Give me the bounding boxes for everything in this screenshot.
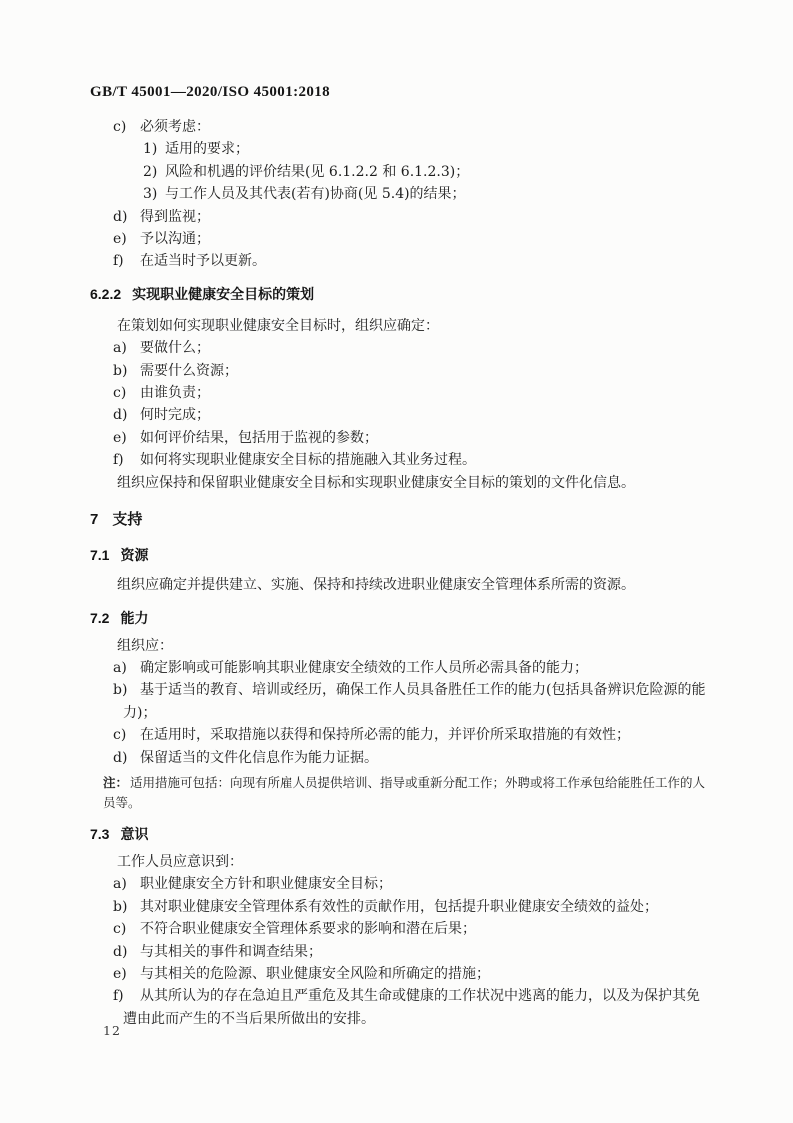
list-item: f)在适当时予以更新。 xyxy=(90,250,712,272)
list-item-label: a) xyxy=(113,873,140,895)
list-item-text: 不符合职业健康安全管理体系要求的影响和潜在后果； xyxy=(140,921,476,937)
list-item-label: b) xyxy=(113,896,140,918)
section-heading-7-2: 7.2能力 xyxy=(90,607,712,629)
paragraph-closing-622: 组织应保持和保留职业健康安全目标和实现职业健康安全目标的策划的文件化信息。 xyxy=(90,472,712,494)
list-item-text: 得到监视； xyxy=(140,209,210,225)
list-item: a)要做什么； xyxy=(90,337,712,359)
list-item-text: 确定影响或可能影响其职业健康安全绩效的工作人员所必需具备的能力； xyxy=(140,660,588,676)
document-body: c)必须考虑： 1)适用的要求； 2)风险和机遇的评价结果(见 6.1.2.2 … xyxy=(90,116,712,1030)
section-heading-7-3: 7.3意识 xyxy=(90,823,712,845)
list-item-label: f) xyxy=(113,985,140,1007)
section-number: 7.3 xyxy=(90,826,109,842)
list-item-text: 与工作人员及其代表(若有)协商(见 5.4)的结果； xyxy=(165,186,466,202)
list-item-label: c) xyxy=(113,724,140,746)
list-item-label: c) xyxy=(113,116,140,138)
list-item-label: e) xyxy=(113,963,140,985)
list-item-label: a) xyxy=(113,337,140,359)
list-item-label: b) xyxy=(113,679,140,701)
list-item-label: e) xyxy=(113,427,140,449)
list-item: d)得到监视； xyxy=(90,206,712,228)
list-subitem: 2)风险和机遇的评价结果(见 6.1.2.2 和 6.1.2.3)； xyxy=(90,161,712,183)
list-item: c)必须考虑： xyxy=(90,116,712,138)
list-item-text: 必须考虑： xyxy=(140,119,210,135)
note-text: 适用措施可包括：向现有所雇人员提供培训、指导或重新分配工作；外聘或将工作承包给能… xyxy=(103,775,705,810)
document-page: GB/T 45001—2020/ISO 45001:2018 c)必须考虑： 1… xyxy=(0,0,793,1123)
paragraph-71: 组织应确定并提供建立、实施、保持和持续改进职业健康安全管理体系所需的资源。 xyxy=(90,574,712,596)
list-item: a)职业健康安全方针和职业健康安全目标； xyxy=(90,873,712,895)
list-item-text: 如何评价结果，包括用于监视的参数； xyxy=(140,430,378,446)
list-item-text: 由谁负责； xyxy=(140,385,210,401)
list-item-text: 风险和机遇的评价结果(见 6.1.2.2 和 6.1.2.3)； xyxy=(165,164,469,180)
paragraph-intro-622: 在策划如何实现职业健康安全目标时，组织应确定： xyxy=(90,315,712,337)
list-item-label: f) xyxy=(113,449,140,471)
list-item: d)保留适当的文件化信息作为能力证据。 xyxy=(90,747,712,769)
list-item: e)与其相关的危险源、职业健康安全风险和所确定的措施； xyxy=(90,963,712,985)
list-item-label: 2) xyxy=(143,161,165,183)
list-item: c)不符合职业健康安全管理体系要求的影响和潜在后果； xyxy=(90,918,712,940)
list-item-text: 要做什么； xyxy=(140,340,210,356)
section-number: 6.2.2 xyxy=(90,286,121,302)
list-item: b)基于适当的教育、培训或经历，确保工作人员具备胜任工作的能力(包括具备辨识危险… xyxy=(90,679,712,724)
list-item: e)如何评价结果，包括用于监视的参数； xyxy=(90,427,712,449)
section-number: 7.1 xyxy=(90,547,109,563)
list-item: e)予以沟通； xyxy=(90,228,712,250)
section-heading-7-1: 7.1资源 xyxy=(90,544,712,566)
list-item-label: d) xyxy=(113,404,140,426)
list-item: d)与其相关的事件和调查结果； xyxy=(90,941,712,963)
list-item-text: 在适用时，采取措施以获得和保持所必需的能力，并评价所采取措施的有效性； xyxy=(140,727,630,743)
list-item-text: 与其相关的危险源、职业健康安全风险和所确定的措施； xyxy=(140,966,490,982)
note-label: 注： xyxy=(103,776,128,790)
paragraph-intro-72: 组织应： xyxy=(90,635,712,657)
list-subitem: 1)适用的要求； xyxy=(90,138,712,160)
list-item-label: e) xyxy=(113,228,140,250)
list-item: f)如何将实现职业健康安全目标的措施融入其业务过程。 xyxy=(90,449,712,471)
list-item: b)其对职业健康安全管理体系有效性的贡献作用，包括提升职业健康安全绩效的益处； xyxy=(90,896,712,918)
section-heading-7: 7支持 xyxy=(90,508,712,532)
list-item-text: 基于适当的教育、培训或经历，确保工作人员具备胜任工作的能力(包括具备辨识危险源的… xyxy=(123,682,705,720)
list-item-text: 从其所认为的存在急迫且严重危及其生命或健康的工作状况中逃离的能力，以及为保护其免… xyxy=(123,988,700,1026)
list-item-text: 其对职业健康安全管理体系有效性的贡献作用，包括提升职业健康安全绩效的益处； xyxy=(140,899,658,915)
list-item-text: 予以沟通； xyxy=(140,231,210,247)
list-item-label: d) xyxy=(113,206,140,228)
list-item-text: 职业健康安全方针和职业健康安全目标； xyxy=(140,876,392,892)
section-number: 7 xyxy=(90,511,98,528)
section-title: 资源 xyxy=(120,547,148,563)
list-item: c)由谁负责； xyxy=(90,382,712,404)
note-72: 注：适用措施可包括：向现有所雇人员提供培训、指导或重新分配工作；外聘或将工作承包… xyxy=(90,773,712,813)
paragraph-intro-73: 工作人员应意识到： xyxy=(90,851,712,873)
list-item-text: 适用的要求； xyxy=(165,141,249,157)
list-item: d)何时完成； xyxy=(90,404,712,426)
list-item-label: 3) xyxy=(143,183,165,205)
list-item: b)需要什么资源； xyxy=(90,360,712,382)
list-item-text: 在适当时予以更新。 xyxy=(140,253,266,269)
list-subitem: 3)与工作人员及其代表(若有)协商(见 5.4)的结果； xyxy=(90,183,712,205)
section-title: 意识 xyxy=(120,826,148,842)
list-item-label: d) xyxy=(113,747,140,769)
page-number: 12 xyxy=(103,1023,121,1038)
list-item-text: 如何将实现职业健康安全目标的措施融入其业务过程。 xyxy=(140,452,476,468)
list-item-text: 何时完成； xyxy=(140,407,210,423)
page-footer: 12 xyxy=(103,1023,121,1038)
section-title: 能力 xyxy=(120,610,148,626)
section-heading-6-2-2: 6.2.2实现职业健康安全目标的策划 xyxy=(90,283,712,305)
list-item-label: d) xyxy=(113,941,140,963)
list-item-label: f) xyxy=(113,250,140,272)
list-item-label: c) xyxy=(113,382,140,404)
section-title: 支持 xyxy=(112,511,142,528)
list-item-label: a) xyxy=(113,657,140,679)
list-item-text: 保留适当的文件化信息作为能力证据。 xyxy=(140,750,378,766)
list-item-label: 1) xyxy=(143,138,165,160)
list-item: a)确定影响或可能影响其职业健康安全绩效的工作人员所必需具备的能力； xyxy=(90,657,712,679)
list-item: f)从其所认为的存在急迫且严重危及其生命或健康的工作状况中逃离的能力，以及为保护… xyxy=(90,985,712,1030)
section-number: 7.2 xyxy=(90,610,109,626)
list-item-text: 需要什么资源； xyxy=(140,363,238,379)
section-title: 实现职业健康安全目标的策划 xyxy=(132,286,314,302)
list-item-text: 与其相关的事件和调查结果； xyxy=(140,944,322,960)
document-header: GB/T 45001—2020/ISO 45001:2018 xyxy=(90,84,330,101)
list-item-label: c) xyxy=(113,918,140,940)
list-item: c)在适用时，采取措施以获得和保持所必需的能力，并评价所采取措施的有效性； xyxy=(90,724,712,746)
standard-code: GB/T 45001—2020/ISO 45001:2018 xyxy=(90,84,330,100)
list-item-label: b) xyxy=(113,360,140,382)
